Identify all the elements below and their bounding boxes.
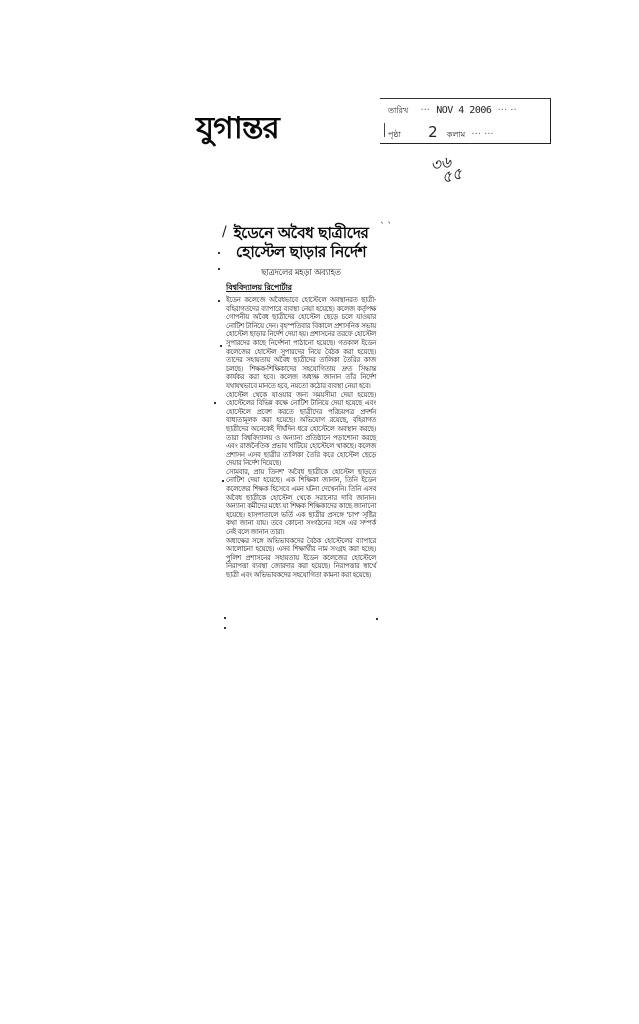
- stamp-column-label: কলাম: [447, 130, 465, 139]
- article-paragraph: অধ্যক্ষের সঙ্গে অভিভাবকদের বৈঠক হোস্টেলে…: [226, 537, 376, 580]
- stamp-dots: ··· ··: [498, 105, 517, 116]
- margin-dot: [218, 268, 220, 270]
- margin-dot: [214, 402, 216, 404]
- stamp-date-value: NOV 4 2006: [436, 105, 491, 116]
- margin-dot: [220, 345, 222, 347]
- cut-mark: ` `: [380, 222, 392, 232]
- margin-dot: [224, 627, 226, 629]
- article-headline: ইডেনে অবৈধ ছাত্রীদের হোস্টেল ছাড়ার নির্…: [226, 224, 376, 262]
- stamp-date-label: তারিখ: [388, 106, 408, 115]
- headline-line-1: ইডেনে অবৈধ ছাত্রীদের: [234, 224, 369, 242]
- clipping-stamp: তারিখ ··· NOV 4 2006 ··· ·· পৃষ্ঠা 2 কলা…: [380, 98, 551, 144]
- article-subhead: ছাত্রদলের মহড়া অব্যাহত: [226, 266, 376, 280]
- article-paragraph: সোমবার, প্রায় তিনশ' অবৈধ ছাত্রীকে হোস্ট…: [226, 468, 376, 537]
- margin-dot: [222, 480, 224, 482]
- news-article: ইডেনে অবৈধ ছাত্রীদের হোস্টেল ছাড়ার নির্…: [226, 224, 376, 580]
- article-byline: বিশ্ববিদ্যালয় রিপোর্টার: [226, 282, 376, 295]
- newspaper-masthead: যুগান্তর: [196, 104, 279, 155]
- stamp-page-row: পৃষ্ঠা 2 কলাম ··· ···: [388, 123, 497, 142]
- stamp-page-label: পৃষ্ঠা: [388, 130, 401, 139]
- headline-line-2: হোস্টেল ছাড়ার নির্দেশ: [236, 243, 366, 261]
- stamp-dots: ··· ···: [471, 129, 493, 140]
- margin-dot: [218, 252, 220, 254]
- stamp-page-value: 2: [428, 123, 438, 141]
- article-body: ইডেন কলেজে অবৈধভাবে হোস্টেলে অবস্থানরত ছ…: [226, 296, 376, 580]
- stamp-dots: ···: [420, 105, 430, 116]
- margin-dot: [376, 618, 378, 620]
- handwritten-note: ৩৬ ৫৫: [429, 153, 464, 187]
- article-paragraph: হোস্টেল থেকে যাওয়ার জন্য সময়সীমা দেয়া…: [226, 391, 376, 468]
- margin-dot: [224, 617, 226, 619]
- article-paragraph: ইডেন কলেজে অবৈধভাবে হোস্টেলে অবস্থানরত ছ…: [226, 296, 376, 391]
- stamp-date-row: তারিখ ··· NOV 4 2006 ··· ··: [388, 105, 520, 118]
- margin-dot: [218, 300, 220, 302]
- handwritten-note-line2: ৫৫: [440, 167, 464, 186]
